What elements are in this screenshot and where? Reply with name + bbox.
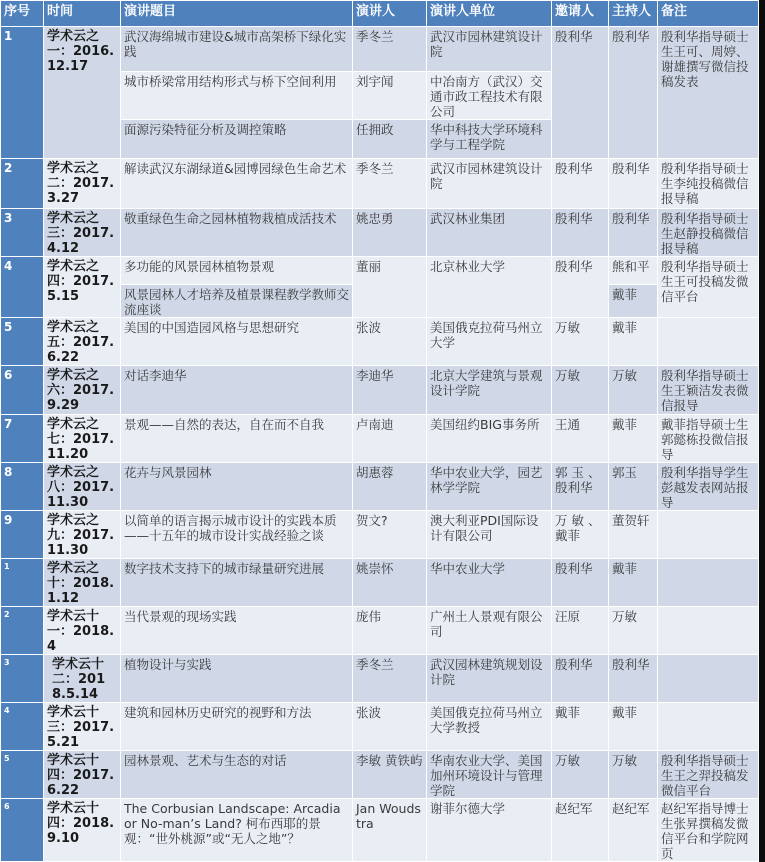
row-speaker: 卢南迪 bbox=[353, 415, 427, 463]
row-speaker: 姚忠勇 bbox=[353, 209, 427, 257]
row-unit: 广州土人景观有限公司 bbox=[427, 607, 552, 655]
row-host: 殷利华 bbox=[609, 27, 658, 159]
row-inviter: 戴菲 bbox=[552, 703, 609, 751]
row-time: 学术云十三：2017.5.21 bbox=[44, 703, 121, 751]
row-inviter: 万敏 bbox=[552, 751, 609, 769]
row-topic: 武汉海绵城市建设&城市高架桥下绿化实践 bbox=[121, 27, 353, 72]
row-note bbox=[658, 655, 759, 703]
row-topic: 对话李迪华 bbox=[121, 366, 353, 415]
header-num: 序号 bbox=[1, 1, 44, 27]
table-row: 1 学术云之十：2018.1.12 数字技术支持下的城市绿量研究进展 姚崇怀 华… bbox=[1, 559, 759, 607]
header-row: 序号 时间 演讲题目 演讲人 演讲人单位 邀请人 主持人 备注 bbox=[1, 1, 759, 27]
row-unit: 武汉园林建筑规划设计院 bbox=[427, 655, 552, 703]
table-row: 2 学术云之二：2017.3.27 解读武汉东湖绿道&园博园绿色生命艺术 季冬兰… bbox=[1, 159, 759, 209]
row-unit: 北京林业大学 bbox=[427, 257, 552, 318]
row-unit: 澳大利亚PDI国际设计有限公司 bbox=[427, 511, 552, 559]
row-time: 学术云之九：2017.11.30 bbox=[44, 511, 121, 559]
table-row: 1 学术云之一：2016.12.17 武汉海绵城市建设&城市高架桥下绿化实践 季… bbox=[1, 27, 759, 72]
row-host: 殷利华 bbox=[609, 159, 658, 209]
row-unit: 华中农业大学，园艺林学学院 bbox=[427, 463, 552, 511]
row-number: 6 bbox=[1, 366, 44, 415]
row-inviter: 殷利华 bbox=[552, 209, 609, 257]
row-number: 4 bbox=[1, 257, 44, 318]
row-time: 学术云之十：2018.1.12 bbox=[44, 559, 121, 607]
row-unit: 华南农业大学、美国加州环境设计与管理学院 bbox=[427, 751, 552, 769]
row-unit: 华中科技大学环境科学与工程学院 bbox=[427, 120, 552, 159]
row-unit: 武汉林业集团 bbox=[427, 209, 552, 257]
row-note: 殷利华指导硕士生王颖洁发表微信报导 bbox=[658, 366, 759, 415]
row-note: 殷利华指导硕士生李纯投稿微信报导稿 bbox=[658, 159, 759, 209]
row-time: 学术云之三：2017.4.12 bbox=[44, 209, 121, 257]
row-time: 学术云之二：2017.3.27 bbox=[44, 159, 121, 209]
row-topic: 风景园林人才培养及植景课程教学教师交流座谈 bbox=[121, 285, 353, 318]
row-note bbox=[658, 559, 759, 607]
row-host: 戴菲 bbox=[609, 415, 658, 463]
row-topic: 数字技术支持下的城市绿量研究进展 bbox=[121, 559, 353, 607]
row-inviter: 万敏 bbox=[552, 318, 609, 366]
row-topic: 城市桥梁常用结构形式与桥下空间利用 bbox=[121, 72, 353, 120]
row-topic: 解读武汉东湖绿道&园博园绿色生命艺术 bbox=[121, 159, 353, 209]
row-time: 学术云之一：2016.12.17 bbox=[44, 27, 121, 159]
row-note: 殷利华指导硕士生王可、周婷、谢雄撰写微信投稿发表 bbox=[658, 27, 759, 159]
table-row: 8 学术云之八：2017.11.30 花卉与风景园林 胡惠蓉 华中农业大学，园艺… bbox=[1, 463, 759, 511]
header-speaker: 演讲人 bbox=[353, 1, 427, 27]
row-time: 学术云十四：2017.6.22 bbox=[44, 751, 121, 769]
table-row: 5 学术云十四：2017.6.22 园林景观、艺术与生态的对话 李敏 黄铁屿 华… bbox=[1, 751, 759, 769]
table-row: 5 学术云之五：2017.6.22 美国的中国造园风格与思想研究 张波 美国俄克… bbox=[1, 318, 759, 366]
header-host: 主持人 bbox=[609, 1, 658, 27]
row-time: 学术云之五：2017.6.22 bbox=[44, 318, 121, 366]
row-unit: 武汉市园林建筑设计院 bbox=[427, 159, 552, 209]
row-note bbox=[658, 607, 759, 655]
row-host: 万敏 bbox=[609, 366, 658, 415]
row-host: 殷利华 bbox=[609, 655, 658, 703]
header-topic: 演讲题目 bbox=[121, 1, 353, 27]
row-number: 3 bbox=[1, 209, 44, 257]
row-number: 5 bbox=[1, 751, 44, 769]
row-unit: 中冶南方（武汉）交通市政工程技术有限公司 bbox=[427, 72, 552, 120]
row-host: 戴菲 bbox=[609, 559, 658, 607]
row-inviter: 万敏 bbox=[552, 366, 609, 415]
row-host: 熊和平 bbox=[609, 257, 658, 285]
row-topic: 植物设计与实践 bbox=[121, 655, 353, 703]
row-unit: 华中农业大学 bbox=[427, 559, 552, 607]
row-speaker: 李敏 黄铁屿 bbox=[353, 751, 427, 769]
row-speaker: 季冬兰 bbox=[353, 159, 427, 209]
row-number: 7 bbox=[1, 415, 44, 463]
row-host: 戴菲 bbox=[609, 703, 658, 751]
row-host: 董贺轩 bbox=[609, 511, 658, 559]
row-number: 1 bbox=[1, 27, 44, 159]
row-note bbox=[658, 318, 759, 366]
table-row: 4 学术云十三：2017.5.21 建筑和园林历史研究的视野和方法 张波 美国俄… bbox=[1, 703, 759, 751]
row-topic: 美国的中国造园风格与思想研究 bbox=[121, 318, 353, 366]
row-topic: 建筑和园林历史研究的视野和方法 bbox=[121, 703, 353, 751]
row-inviter: 殷利华 bbox=[552, 257, 609, 318]
row-time: 学术云之六：2017.9.29 bbox=[44, 366, 121, 415]
row-topic: 景观——自然的表达，自在而不自我 bbox=[121, 415, 353, 463]
row-inviter: 王通 bbox=[552, 415, 609, 463]
row-host: 戴菲 bbox=[609, 285, 658, 318]
row-number: 8 bbox=[1, 463, 44, 511]
header-unit: 演讲人单位 bbox=[427, 1, 552, 27]
row-note: 殷利华指导硕士生王可投稿发微信平台 bbox=[658, 257, 759, 318]
row-time: 学术云之四：2017.5.15 bbox=[44, 257, 121, 318]
row-note: 殷利华指导硕士生王之羿投稿发微信平台 bbox=[658, 751, 759, 769]
row-host: 万敏 bbox=[609, 751, 658, 769]
row-topic: 面源污染特征分析及调控策略 bbox=[121, 120, 353, 159]
row-topic: 花卉与风景园林 bbox=[121, 463, 353, 511]
table-row: 6 学术云之六：2017.9.29 对话李迪华 李迪华 北京大学建筑与景观设计学… bbox=[1, 366, 759, 415]
row-inviter: 汪原 bbox=[552, 607, 609, 655]
row-topic: 以简单的语言揭示城市设计的实践本质——十五年的城市设计实战经验之谈 bbox=[121, 511, 353, 559]
row-time: 学术云十一：2018.4 bbox=[44, 607, 121, 655]
header-note: 备注 bbox=[658, 1, 759, 27]
row-speaker: 刘宇闻 bbox=[353, 72, 427, 120]
row-inviter: 郭 玉 、殷利华 bbox=[552, 463, 609, 511]
row-speaker: 董丽 bbox=[353, 257, 427, 318]
row-inviter: 万 敏 、戴菲 bbox=[552, 511, 609, 559]
row-speaker: 季冬兰 bbox=[353, 27, 427, 72]
row-note: 殷利华指导硕士生赵静投稿微信报导稿 bbox=[658, 209, 759, 257]
row-unit: 武汉市园林建筑设计院 bbox=[427, 27, 552, 72]
row-unit: 美国俄克拉荷马州立大学教授 bbox=[427, 703, 552, 751]
row-topic: 当代景观的现场实践 bbox=[121, 607, 353, 655]
row-number: 9 bbox=[1, 511, 44, 559]
row-number: 1 bbox=[1, 559, 44, 607]
table-row: 3 学术云十二：2018.5.14 植物设计与实践 季冬兰 武汉园林建筑规划设计… bbox=[1, 655, 759, 703]
row-time: 学术云之八：2017.11.30 bbox=[44, 463, 121, 511]
row-note: 殷利华指导学生彭越发表网站报导 bbox=[658, 463, 759, 511]
row-note bbox=[658, 511, 759, 559]
table-row: 4 学术云之四：2017.5.15 多功能的风景园林植物景观 董丽 北京林业大学… bbox=[1, 257, 759, 285]
row-number: 2 bbox=[1, 159, 44, 209]
row-number: 2 bbox=[1, 607, 44, 655]
lecture-schedule-table: 序号 时间 演讲题目 演讲人 演讲人单位 邀请人 主持人 备注 1 学术云之一：… bbox=[0, 0, 759, 768]
row-topic: 敬重绿色生命之园林植物栽植成活技术 bbox=[121, 209, 353, 257]
row-unit: 北京大学建筑与景观设计学院 bbox=[427, 366, 552, 415]
row-topic: 园林景观、艺术与生态的对话 bbox=[121, 751, 353, 769]
table-row: 9 学术云之九：2017.11.30 以简单的语言揭示城市设计的实践本质——十五… bbox=[1, 511, 759, 559]
row-speaker: 任拥政 bbox=[353, 120, 427, 159]
row-number: 5 bbox=[1, 318, 44, 366]
row-note: 戴菲指导硕士生郭懿栋投微信报导 bbox=[658, 415, 759, 463]
row-unit: 美国俄克拉荷马州立大学 bbox=[427, 318, 552, 366]
row-inviter: 殷利华 bbox=[552, 159, 609, 209]
table-row: 2 学术云十一：2018.4 当代景观的现场实践 庞伟 广州土人景观有限公司 汪… bbox=[1, 607, 759, 655]
row-speaker: 贺文? bbox=[353, 511, 427, 559]
row-inviter: 殷利华 bbox=[552, 27, 609, 159]
row-host: 戴菲 bbox=[609, 318, 658, 366]
row-speaker: 李迪华 bbox=[353, 366, 427, 415]
row-speaker: 张波 bbox=[353, 703, 427, 751]
row-inviter: 殷利华 bbox=[552, 559, 609, 607]
row-speaker: 张波 bbox=[353, 318, 427, 366]
row-topic: 多功能的风景园林植物景观 bbox=[121, 257, 353, 285]
lecture-schedule-table-container: 序号 时间 演讲题目 演讲人 演讲人单位 邀请人 主持人 备注 1 学术云之一：… bbox=[0, 0, 758, 735]
table-row: 7 学术云之七：2017.11.20 景观——自然的表达，自在而不自我 卢南迪 … bbox=[1, 415, 759, 463]
row-speaker: 胡惠蓉 bbox=[353, 463, 427, 511]
row-speaker: 姚崇怀 bbox=[353, 559, 427, 607]
row-inviter: 殷利华 bbox=[552, 655, 609, 703]
row-speaker: 季冬兰 bbox=[353, 655, 427, 703]
header-time: 时间 bbox=[44, 1, 121, 27]
header-inviter: 邀请人 bbox=[552, 1, 609, 27]
row-note bbox=[658, 703, 759, 751]
row-host: 万敏 bbox=[609, 607, 658, 655]
row-host: 殷利华 bbox=[609, 209, 658, 257]
row-number: 3 bbox=[1, 655, 44, 703]
row-speaker: 庞伟 bbox=[353, 607, 427, 655]
row-time: 学术云之七：2017.11.20 bbox=[44, 415, 121, 463]
row-host: 郭玉 bbox=[609, 463, 658, 511]
row-time: 学术云十二：2018.5.14 bbox=[44, 655, 121, 703]
row-number: 4 bbox=[1, 703, 44, 751]
row-unit: 美国纽约BIG事务所 bbox=[427, 415, 552, 463]
table-row: 3 学术云之三：2017.4.12 敬重绿色生命之园林植物栽植成活技术 姚忠勇 … bbox=[1, 209, 759, 257]
